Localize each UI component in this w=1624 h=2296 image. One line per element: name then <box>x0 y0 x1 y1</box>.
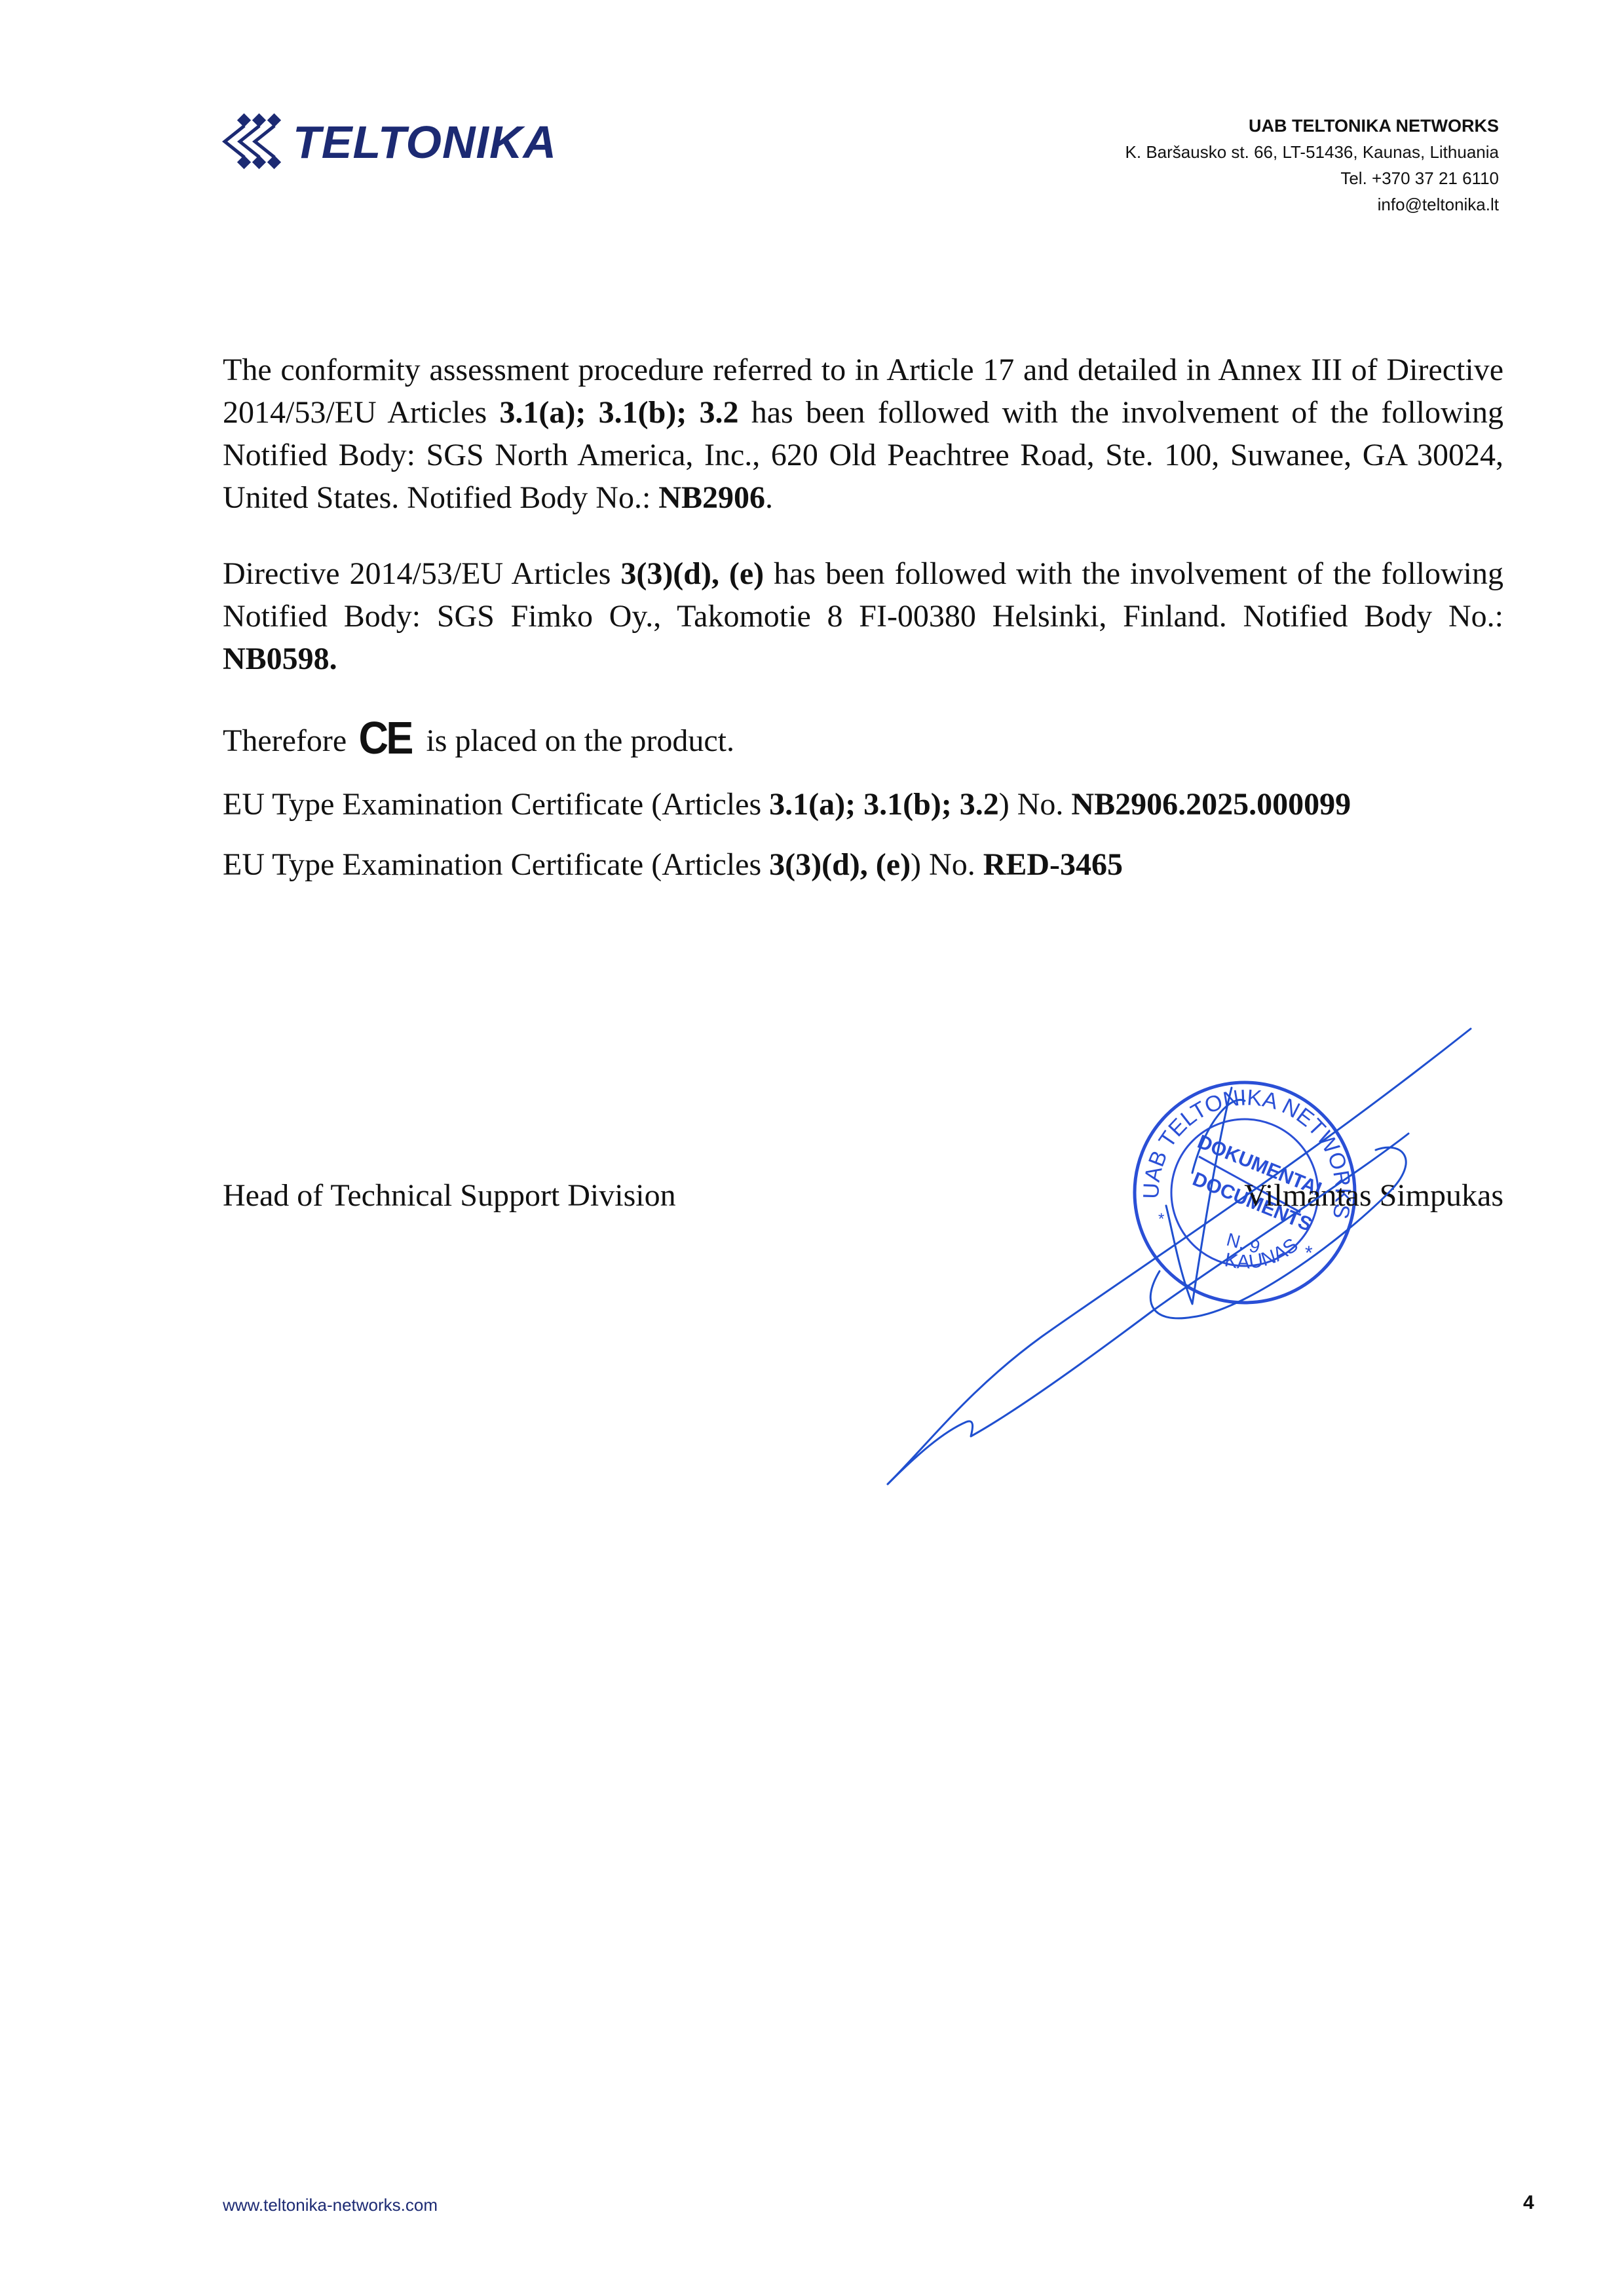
text-run: is placed on the product. <box>418 723 734 758</box>
certificate-number: NB2906.2025.000099 <box>1071 787 1351 822</box>
articles-bold: 3(3)(d), (e) <box>620 556 764 591</box>
notified-body-number: NB2906 <box>658 480 765 515</box>
certificate-line-red: EU Type Examination Certificate (Article… <box>223 843 1503 886</box>
text-run: EU Type Examination Certificate (Article… <box>223 787 769 822</box>
page-number: 4 <box>1523 2192 1534 2214</box>
articles-bold: 3.1(a); 3.1(b); 3.2 <box>769 787 999 822</box>
company-address: K. Baršausko st. 66, LT-51436, Kaunas, L… <box>1125 139 1499 165</box>
document-page: TELTONIKA UAB TELTONIKA NETWORKS K. Barš… <box>0 0 1624 2296</box>
logo-chevron-icon <box>219 113 292 172</box>
text-run: ) No. <box>911 847 983 882</box>
footer-website-link[interactable]: www.teltonika-networks.com <box>223 2195 438 2215</box>
ce-mark-icon: CE <box>359 721 411 754</box>
certificate-line-nb2906: EU Type Examination Certificate (Article… <box>223 783 1503 826</box>
signatory-role: Head of Technical Support Division <box>223 1176 676 1215</box>
stamp-star-icon: * <box>1158 1210 1164 1228</box>
paragraph-notified-body-sgs-north-america: The conformity assessment procedure refe… <box>223 349 1503 519</box>
logo-wordmark: TELTONIKA <box>293 119 557 165</box>
company-phone: Tel. +370 37 21 6110 <box>1125 165 1499 191</box>
articles-bold: 3.1(a); 3.1(b); 3.2 <box>499 395 738 430</box>
signatory-name: Vilmantas Simpukas <box>1244 1176 1503 1215</box>
text-run: Directive 2014/53/EU Articles <box>223 556 620 591</box>
text-run: EU Type Examination Certificate (Article… <box>223 847 769 882</box>
notified-body-number: NB0598. <box>223 641 337 676</box>
text-run: Therefore <box>223 723 354 758</box>
text-run: ) No. <box>999 787 1072 822</box>
teltonika-logo: TELTONIKA <box>219 113 560 172</box>
paragraph-notified-body-sgs-fimko: Directive 2014/53/EU Articles 3(3)(d), (… <box>223 552 1503 680</box>
articles-bold: 3(3)(d), (e) <box>769 847 911 882</box>
company-contact-block: UAB TELTONIKA NETWORKS K. Baršausko st. … <box>1125 113 1499 218</box>
stamp-star-icon: * <box>1305 1242 1313 1264</box>
company-name: UAB TELTONIKA NETWORKS <box>1125 113 1499 139</box>
company-email[interactable]: info@teltonika.lt <box>1125 191 1499 218</box>
certificate-number: RED-3465 <box>983 847 1123 882</box>
text-run: . <box>765 480 773 515</box>
paragraph-ce-marking: Therefore CE is placed on the product. <box>223 719 1503 762</box>
